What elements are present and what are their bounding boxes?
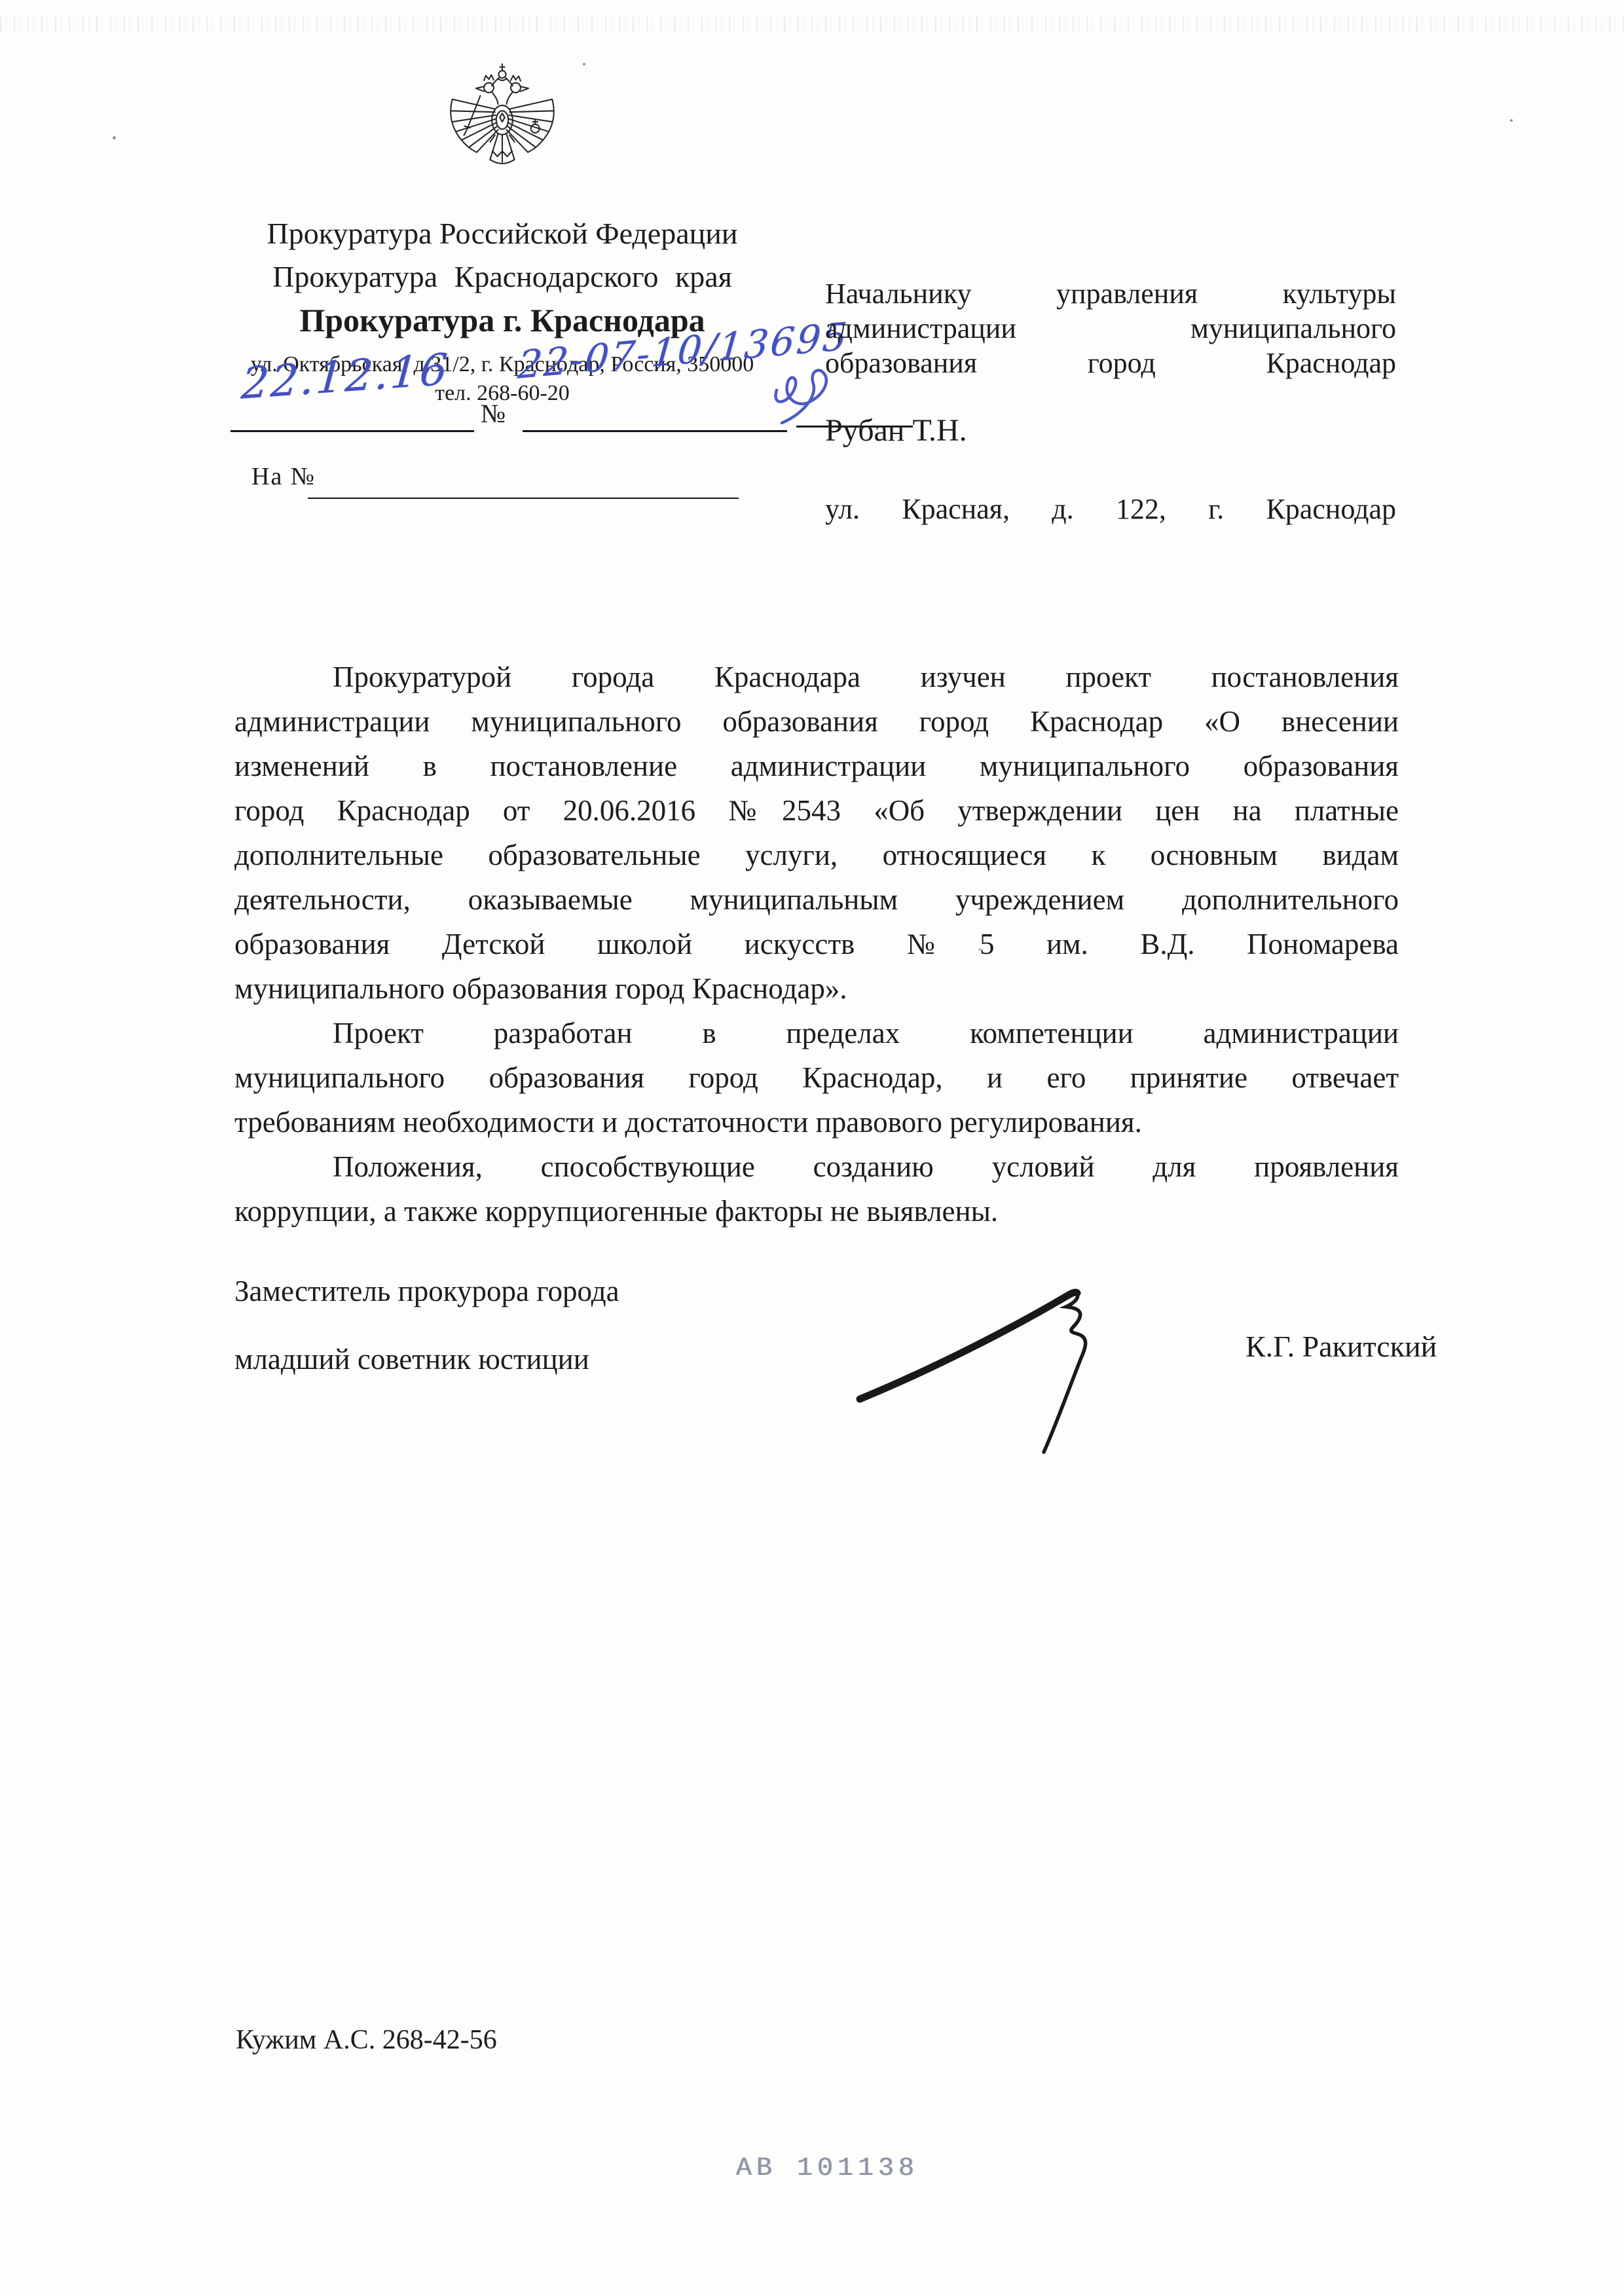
text-line: муниципального образования город Краснод…: [234, 1055, 1399, 1100]
text-line: муниципального образования город Краснод…: [234, 966, 1399, 1011]
executor-contact: Кужим А.С. 268-42-56: [236, 2024, 497, 2056]
reply-number-underline: [308, 498, 739, 499]
org-name-region: Прокуратура Краснодарского края: [211, 258, 794, 296]
text-line: образования Детской школой искусств №5 и…: [234, 922, 1399, 966]
text-line: администрации муниципального образования…: [234, 699, 1399, 744]
signatory-position-line-1: Заместитель прокурора города: [234, 1274, 619, 1308]
body-paragraph-2: Проект разработан в пределах компетенции…: [234, 1011, 1399, 1144]
text-line: коррупции, а также коррупциогенные факто…: [234, 1189, 1399, 1233]
scan-speck: [1510, 119, 1513, 122]
scan-speck: [113, 136, 116, 139]
text-line: изменений в постановление администрации …: [234, 744, 1399, 788]
reply-to-number-label: На №: [251, 462, 316, 491]
scan-noise-band: [0, 17, 1624, 31]
scanned-letter-page: Прокуратура Российской Федерации Прокура…: [0, 0, 1624, 2296]
date-underline: [231, 430, 474, 432]
recipient-name: Рубан Т.Н.: [825, 412, 967, 448]
coat-of-arms-double-eagle-icon: [441, 60, 563, 185]
text-line: Проект разработан в пределах компетенции…: [234, 1011, 1399, 1055]
text-line: город Краснодар от 20.06.2016 №2543 «Об …: [234, 788, 1399, 833]
text-line: администрации муниципального: [825, 311, 1396, 346]
org-name-federation: Прокуратура Российской Федерации: [211, 215, 794, 253]
signature-stroke: [848, 1260, 1182, 1476]
signatory-name: К.Г. Ракитский: [1246, 1329, 1437, 1364]
text-line: дополнительные образовательные услуги, о…: [234, 833, 1399, 877]
text-line: Прокуратурой города Краснодара изучен пр…: [234, 655, 1399, 699]
text-line: образования город Краснодар: [825, 346, 1396, 380]
recipient-block: Начальнику управления культурыадминистра…: [825, 276, 1396, 380]
text-line: деятельности, оказываемые муниципальным …: [234, 877, 1399, 922]
recipient-address: ул. Красная, д. 122, г. Краснодар: [825, 492, 1396, 526]
form-number-stamp: АВ 101138: [736, 2154, 919, 2183]
body-paragraph-1: Прокуратурой города Краснодара изучен пр…: [234, 655, 1399, 1011]
text-line: Начальнику управления культуры: [825, 276, 1396, 311]
signatory-position-line-2: младший советник юстиции: [234, 1342, 589, 1376]
letter-body: Прокуратурой города Краснодара изучен пр…: [234, 655, 1399, 1233]
text-line: Положения, способствующие созданию услов…: [234, 1144, 1399, 1189]
number-underline: [523, 430, 787, 432]
text-line: требованиям необходимости и достаточност…: [234, 1100, 1399, 1144]
body-paragraph-3: Положения, способствующие созданию услов…: [234, 1144, 1399, 1233]
number-sign-label: №: [481, 398, 506, 429]
